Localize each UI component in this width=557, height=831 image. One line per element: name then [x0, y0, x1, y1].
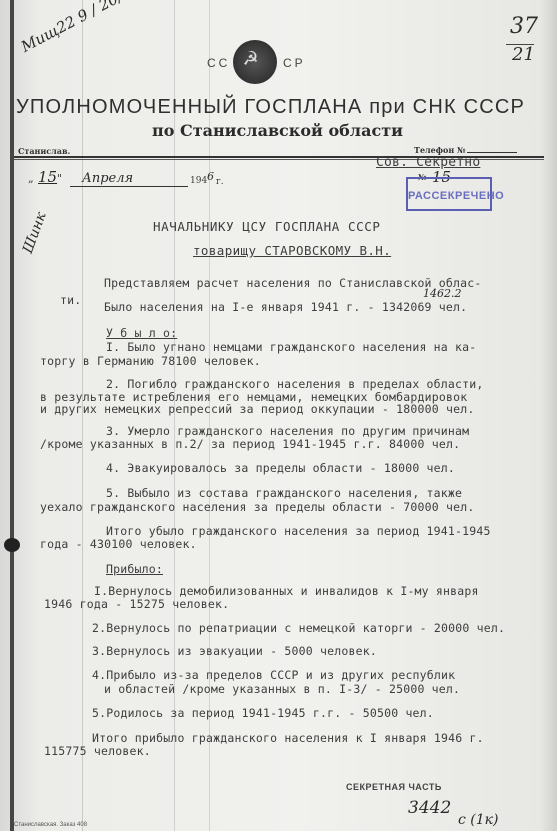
decrease-item-2-line-3: и других немецких репрессий за период ок… [40, 402, 475, 416]
decrease-item-2-line-1: 2. Погибло гражданского населения в пред… [106, 377, 484, 391]
page-number-bottom: 21 [512, 44, 535, 65]
increase-item-5: 5.Родилось за период 1941-1945 г.г. - 50… [92, 706, 434, 720]
document-page: Мищ22 9 / 20/IV Сбсущиль 37 21 СС СР УПО… [0, 0, 557, 831]
letterhead-subtitle: по Станиславской области [152, 121, 403, 140]
classification-label: Сов. Секретно [376, 155, 480, 170]
date-line [70, 186, 188, 187]
emblem-right-text: СР [283, 56, 306, 70]
phone-field-line [467, 152, 517, 153]
handwritten-annotation-top-left: Мищ22 9 / 20/IV Сбсущиль [18, 0, 215, 56]
increase-heading: Прибыло: [106, 562, 163, 576]
city-label: Станислав. [18, 146, 70, 156]
decrease-item-3-line-2: /кроме указанных в п.2/ за период 1941-1… [40, 437, 460, 451]
handwritten-margin-note: Шинк [20, 210, 50, 255]
increase-total-line-1: Итого прибыло гражданского населения к I… [92, 731, 484, 745]
ussr-emblem-icon [233, 40, 277, 84]
increase-item-4-line-2: и областей /кроме указанных в п. I-3/ - … [104, 682, 460, 696]
decrease-total-line-2: года - 430100 человек. [40, 537, 197, 551]
printer-line: Станиславская. Заказ 408 [14, 822, 87, 828]
date-close-quote: " [57, 172, 62, 185]
date-month: Апреля [82, 171, 133, 186]
binding-hole [4, 538, 20, 552]
decrease-item-5-line-2: уехало гражданского населения за пределы… [40, 500, 475, 514]
increase-total-line-2: 115775 человек. [44, 744, 151, 758]
declassified-stamp: РАССЕКРЕЧЕНО [406, 177, 492, 211]
intro-text-end: ти. [60, 293, 81, 307]
increase-item-2: 2.Вернулось по репатриации с немецкой ка… [92, 621, 505, 635]
increase-item-1-line-2: 1946 года - 15275 человек. [44, 597, 229, 611]
decrease-item-3-line-1: 3. Умерло гражданского населения по друг… [106, 424, 469, 438]
decrease-item-4: 4. Эвакуировалось за пределы области - 1… [106, 461, 455, 475]
letterhead-title: УПОЛНОМОЧЕННЫЙ ГОСПЛАНА при СНК СССР [16, 96, 525, 119]
handwritten-correction: 1462.2 [423, 287, 462, 300]
date-year-prefix: 194 [190, 176, 207, 186]
date-year-mark: г. [216, 177, 224, 187]
secret-part-stamp: СЕКРЕТНАЯ ЧАСТЬ [346, 782, 442, 792]
population-1941: Было населения на I-е января 1941 г. - 1… [104, 300, 467, 314]
secret-part-number: 3442 [408, 798, 451, 818]
emblem-left-text: СС [207, 56, 230, 70]
decrease-heading: У б ы л о: [106, 326, 177, 340]
decrease-item-1-line-2: торгу в Германию 78100 человек. [40, 354, 261, 368]
addressee-line-2: товарищу СТАРОВСКОМУ В.Н. [193, 243, 391, 258]
decrease-total-line-1: Итого убыло гражданского населения за пе… [106, 524, 491, 538]
date-year-suffix: 6 [207, 170, 214, 183]
increase-item-1-line-1: I.Вернулось демобилизованных и инвалидов… [94, 584, 479, 598]
increase-item-3: 3.Вернулось из эвакуации - 5000 человек. [92, 644, 377, 658]
addressee-line-1: НАЧАЛЬНИКУ ЦСУ ГОСПЛАНА СССР [153, 219, 381, 234]
page-number-top: 37 [510, 14, 538, 39]
phone-label: Телефон № [414, 145, 466, 155]
increase-item-4-line-1: 4.Прибыло из-за пределов СССР и из други… [92, 668, 455, 682]
date-day: 15 [38, 168, 57, 186]
binding-edge [10, 0, 14, 831]
date-open-quote: „ [28, 172, 34, 185]
decrease-item-5-line-1: 5. Выбыло из состава гражданского населе… [106, 486, 462, 500]
decrease-item-1-line-1: I. Было угнано немцами гражданского насе… [106, 340, 476, 354]
handwritten-bottom-note: с (1к) [458, 812, 498, 828]
